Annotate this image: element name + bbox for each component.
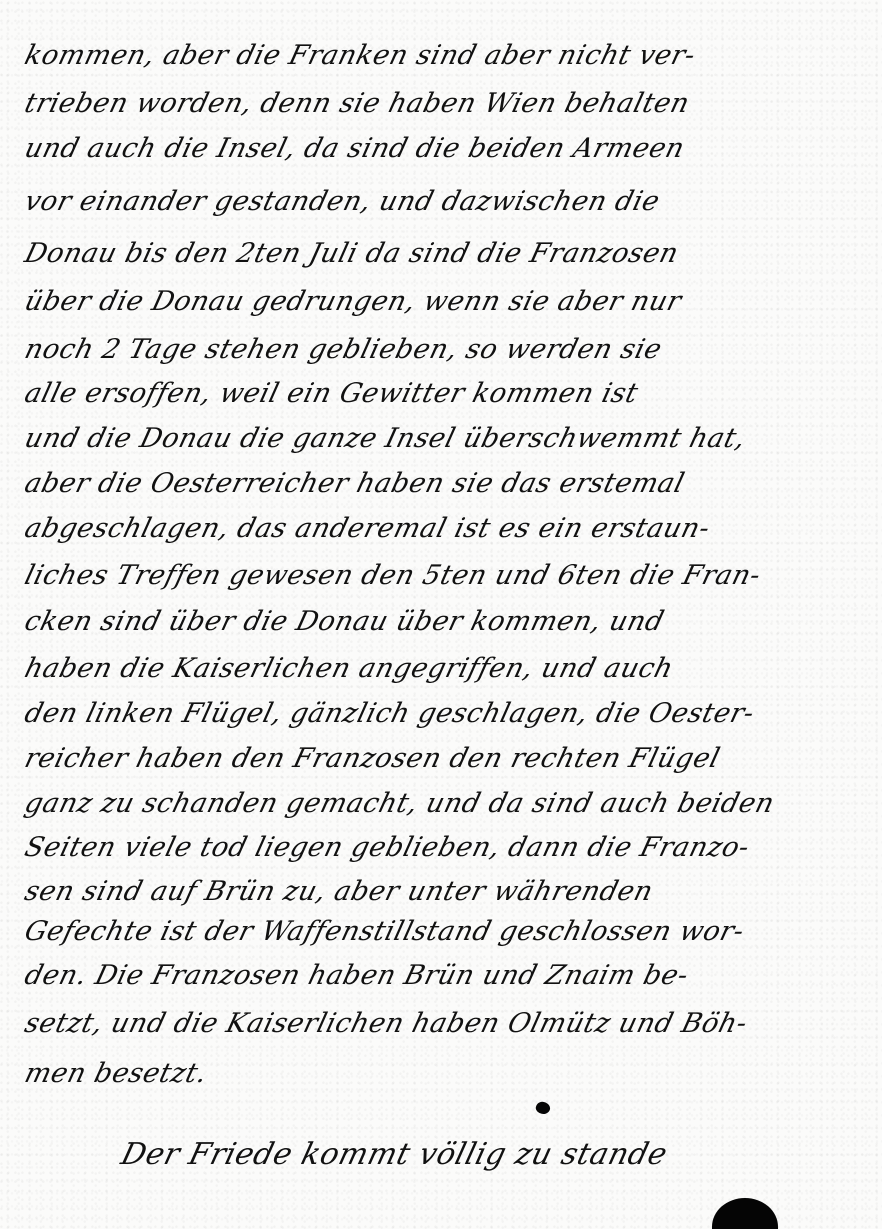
text-line-12: liches Treffen gewesen den 5ten und 6ten… — [22, 562, 869, 589]
text-line-10: aber die Oesterreicher haben sie das ers… — [22, 470, 869, 497]
text-line-3: und auch die Insel, da sind die beiden A… — [22, 135, 869, 162]
text-line-13: cken sind über die Donau über kommen, un… — [22, 608, 869, 635]
text-line-9: und die Donau die ganze Insel überschwem… — [22, 425, 869, 452]
text-line-16: reicher haben den Franzosen den rechten … — [22, 745, 869, 772]
text-line-5: Donau bis den 2ten Juli da sind die Fran… — [22, 240, 869, 267]
ink-blot-corner — [712, 1198, 778, 1229]
closing-line: Der Friede kommt völlig zu stande — [118, 1140, 882, 1170]
text-line-14: haben die Kaiserlichen angegriffen, und … — [22, 655, 869, 682]
text-line-2: trieben worden, denn sie haben Wien beha… — [22, 90, 869, 117]
text-line-18: Seiten viele tod liegen geblieben, dann … — [22, 834, 869, 861]
text-line-21: den. Die Franzosen haben Brün und Znaim … — [22, 962, 869, 989]
text-line-6: über die Donau gedrungen, wenn sie aber … — [22, 288, 869, 315]
text-line-15: den linken Flügel, gänzlich geschlagen, … — [22, 700, 869, 727]
text-line-19: sen sind auf Brün zu, aber unter während… — [22, 878, 869, 905]
document-page: kommen, aber die Franken sind aber nicht… — [0, 0, 882, 1229]
text-line-23: men besetzt. — [22, 1060, 869, 1087]
text-line-1: kommen, aber die Franken sind aber nicht… — [22, 42, 869, 69]
text-line-8: alle ersoffen, weil ein Gewitter kommen … — [22, 380, 869, 407]
text-line-20: Gefechte ist der Waffenstillstand geschl… — [22, 918, 869, 945]
text-line-7: noch 2 Tage stehen geblieben, so werden … — [22, 336, 869, 363]
text-line-4: vor einander gestanden, und dazwischen d… — [22, 188, 869, 215]
text-line-22: setzt, und die Kaiserlichen haben Olmütz… — [22, 1010, 869, 1037]
text-line-17: ganz zu schanden gemacht, und da sind au… — [22, 790, 869, 817]
text-line-11: abgeschlagen, das anderemal ist es ein e… — [22, 515, 869, 542]
ink-blot — [534, 1100, 552, 1117]
